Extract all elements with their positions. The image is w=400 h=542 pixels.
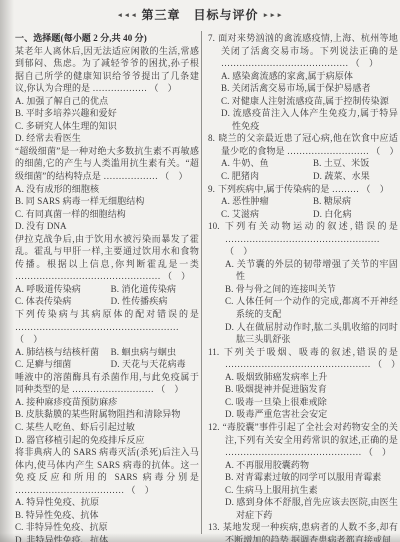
option-item: C. 有同真菌一样的细胞结构 [15,208,199,221]
left-question-list: 某老年人离休后,因无法适应闲散的生活,常感到郁闷、焦虑。为了减轻爷爷的困扰,孙子… [15,45,199,542]
option-item: B. 土豆、米饭 [313,157,398,170]
option-item: C. 对健康人注射流感疫苗,属于控制传染源 [221,95,398,108]
option-item: D. 经常去看医生 [15,132,199,145]
chapter-header: ◄◄◄ 第三章 目标与评价 ►►► [0,6,400,23]
option-item: D. 人在做屈肘动作时,肱二头肌收缩的同时肱三头肌舒张 [225,321,398,346]
question-number: 8. [208,133,215,143]
option-list: A. 肺结核与结核杆菌B. 蛔虫病与蛔虫C. 足癣与细菌D. 天花与天花病毒 [15,346,199,371]
question-number: 7. [208,33,215,43]
option-list: A. 恶性肿瘤B. 糖尿病C. 艾滋病D. 白化病 [208,195,398,220]
question-item: 11.下列关于吸烟、吸毒的叙述,错误的是 ………………………………………… （ … [208,346,398,421]
question-stem: 晓兰的父亲最近患了冠心病,他在饮食中应适量少吃的食物是 ……………………… （ … [218,133,399,156]
question-number: 12. [208,422,220,432]
option-item: D. 白化病 [313,208,398,221]
option-item: B. 骨与骨之间的连接叫关节 [225,283,398,296]
option-list: A. 特异性免疫、抗原B. 特异性免疫、抗体C. 非特异性免疫、抗原D. 非特异… [15,496,199,542]
option-item: D. 没有 DNA [15,220,199,233]
option-item: B. 特异性免疫、抗体 [15,509,199,522]
option-item: B. 平时多培养兴趣和爱好 [15,107,199,120]
question-number: 11. [208,347,219,357]
option-item: A. 没有成形的细胞核 [15,183,199,196]
option-item: D. 流感疫苗注入人体产生免疫力,属于特异性免疫 [221,107,398,132]
question-item: 伊拉克战争后,由于饮用水被污染而暴发了霍乱。霍乱与甲肝一样,主要通过饮用水和食物… [15,233,199,308]
option-list: A. 加强了解自己的优点B. 平时多培养兴趣和爱好C. 多研究人体生理的知识D.… [15,95,199,145]
question-item: 7.面对来势汹汹的禽流感疫情,上海、杭州等地关闭了活禽交易市场。下列说法正确的是… [208,32,398,132]
option-item: A. 接种麻疹疫苗预防麻疹 [15,396,199,409]
option-item: C. 某些人吃鱼、虾后引起过敏 [15,421,199,434]
left-column: 一、选择题(每小题 2 分,共 40 分) 某老年人离休后,因无法适应闲散的生活… [15,32,199,542]
question-item: 12.“毒胶囊”事件引起了全社会对药物安全的关注,下列有关安全用药常识的叙述,正… [208,421,398,521]
question-stem: “毒胶囊”事件引起了全社会对药物安全的关注,下列有关安全用药常识的叙述,正确的是… [223,422,398,457]
question-stem: “超级细菌”是一种对绝大多数抗生素不再敏感的细菌,它的产生与人类滥用抗生素有关。… [15,146,199,181]
question-stem: 伊拉克战争后,由于饮用水被污染而暴发了霍乱。霍乱与甲肝一样,主要通过饮用水和食物… [15,234,199,282]
option-list: A. 不再服用胶囊药物B. 对青霉素过敏的同学可以服用青霉素C. 生病马上服用抗… [208,459,398,522]
question-stem: 下列有关动物运动的叙述,错误的是 …………………………………………… （ ） [223,221,398,256]
option-list: A. 没有成形的细胞核B. 同 SARS 病毒一样无细胞结构C. 有同真菌一样的… [15,183,199,233]
option-item: B. 皮肤黏膜的某些附属物阻挡和清除异物 [15,408,199,421]
option-item: D. 器官移植引起的免疫排斥反应 [15,434,199,447]
question-stem: 下列疾病中,属于传染病的是 ……… （ ） [218,184,389,194]
option-list: A. 牛奶、鱼B. 土豆、米饭C. 肥猪肉D. 蔬菜、水果 [208,157,398,182]
option-item: B. 糖尿病 [313,195,398,208]
option-list: A. 关节囊的外层的韧带增强了关节的牢固性B. 骨与骨之间的连接叫关节C. 人体… [208,258,398,346]
option-list: A. 吸烟致肺癌发病率上升B. 吸烟提神并促进脑发育C. 吸毒一旦染上很难戒除D… [208,371,398,421]
question-stem: 下列关于吸烟、吸毒的叙述,错误的是 ………………………………………… （ ） [222,347,400,370]
option-item: B. 消化道传染病 [111,283,199,296]
question-item: 13.某地发现一种疾病,患病者的人数不多,却有不断增加的趋势,据调查患病者都直接… [208,521,398,542]
option-item: A. 肺结核与结核杆菌 [15,346,111,359]
question-stem: 面对来势汹汹的禽流感疫情,上海、杭州等地关闭了活禽交易市场。下列说法正确的是 …… [218,33,398,68]
option-item: C. 肥猪肉 [221,170,313,183]
question-item: 将非典病人的 SARS 病毒灭活(杀死)后注入马体内,使马体内产生 SARS 病… [15,446,199,542]
option-item: C. 人体任何一个动作的完成,都离不开神经系统的支配 [225,295,398,320]
option-item: B. 关闭活禽交易市场,属于保护易感者 [221,82,398,95]
option-item: A. 吸烟致肺癌发病率上升 [225,371,398,384]
option-item: B. 吸烟提神并促进脑发育 [225,383,398,396]
left-arrows-icon: ◄◄◄ [117,12,138,19]
option-item: A. 恶性肿瘤 [221,195,313,208]
question-item: 某老年人离休后,因无法适应闲散的生活,常感到郁闷、焦虑。为了减轻爷爷的困扰,孙子… [15,45,199,145]
option-item: D. 非特异性免疫、抗体 [15,534,199,542]
question-stem: 某老年人离休后,因无法适应闲散的生活,常感到郁闷、焦虑。为了减轻爷爷的困扰,孙子… [15,46,199,94]
option-item: C. 艾滋病 [221,208,313,221]
option-item: D. 性传播疾病 [111,295,199,308]
column-divider [201,31,202,534]
option-item: A. 不再服用胶囊药物 [225,459,398,472]
option-item: B. 对青霉素过敏的同学可以服用青霉素 [225,471,398,484]
option-item: A. 呼吸道传染病 [15,283,111,296]
question-stem: 将非典病人的 SARS 病毒灭活(杀死)后注入马体内,使马体内产生 SARS 病… [15,447,199,495]
option-list: A. 接种麻疹疫苗预防麻疹B. 皮肤黏膜的某些附属物阻挡和清除异物C. 某些人吃… [15,396,199,446]
option-list: A. 感染禽流感的家禽,属于病原体B. 关闭活禽交易市场,属于保护易感者C. 对… [208,70,398,133]
option-item: A. 关节囊的外层的韧带增强了关节的牢固性 [225,258,398,283]
question-number: 13. [208,522,220,532]
scan-shadow-left [0,0,14,542]
scanned-test-page: ◄◄◄ 第三章 目标与评价 ►►► 一、选择题(每小题 2 分,共 40 分) … [0,0,400,542]
question-number: 9. [208,184,215,194]
question-item: “超级细菌”是一种对绝大多数抗生素不再敏感的细菌,它的产生与人类滥用抗生素有关。… [15,145,199,233]
right-column: 7.面对来势汹汹的禽流感疫情,上海、杭州等地关闭了活禽交易市场。下列说法正确的是… [208,32,398,542]
question-item: 8.晓兰的父亲最近患了冠心病,他在饮食中应适量少吃的食物是 ……………………… … [208,132,398,182]
option-item: D. 吸毒严重危害社会安定 [225,408,398,421]
option-item: C. 非特异性免疫、抗原 [15,521,199,534]
option-item: C. 体表传染病 [15,295,111,308]
option-item: D. 感到身体不舒服,首先应该去医院,由医生对症下药 [225,496,398,521]
option-item: B. 蛔虫病与蛔虫 [111,346,199,359]
question-stem: 某地发现一种疾病,患病者的人数不多,却有不断增加的趋势,据调查患病者都直接或间 [223,522,398,542]
option-item: A. 加强了解自己的优点 [15,95,199,108]
right-question-list: 7.面对来势汹汹的禽流感疫情,上海、杭州等地关闭了活禽交易市场。下列说法正确的是… [208,32,398,542]
option-list: A. 呼吸道传染病B. 消化道传染病C. 体表传染病D. 性传播疾病 [15,283,199,308]
option-item: D. 天花与天花病毒 [111,358,199,371]
question-stem: 唾液中的溶菌酶具有杀菌作用,与此免疫属于同种类型的是 ……………………… （ ） [15,372,199,395]
option-item: C. 足癣与细菌 [15,358,111,371]
option-item: D. 蔬菜、水果 [313,170,398,183]
option-item: A. 牛奶、鱼 [221,157,313,170]
question-item: 唾液中的溶菌酶具有杀菌作用,与此免疫属于同种类型的是 ……………………… （ ）… [15,371,199,446]
option-item: C. 生病马上服用抗生素 [225,484,398,497]
question-stem: 下列传染病与其病原体的配对错误的是 ……………………………………………… （ ） [15,309,199,344]
question-number: 10. [208,221,220,231]
chapter-title: 第三章 目标与评价 [141,8,258,22]
question-item: 10.下列有关动物运动的叙述,错误的是 …………………………………………… （ … [208,220,398,345]
option-item: A. 特异性免疫、抗原 [15,496,199,509]
question-item: 9.下列疾病中,属于传染病的是 ……… （ ）A. 恶性肿瘤B. 糖尿病C. 艾… [208,183,398,221]
question-item: 下列传染病与其病原体的配对错误的是 ……………………………………………… （ ）… [15,308,199,371]
option-item: C. 吸毒一旦染上很难戒除 [225,396,398,409]
section-heading: 一、选择题(每小题 2 分,共 40 分) [15,32,199,45]
option-item: B. 同 SARS 病毒一样无细胞结构 [15,195,199,208]
option-item: C. 多研究人体生理的知识 [15,120,199,133]
right-arrows-icon: ►►► [263,12,284,19]
option-item: A. 感染禽流感的家禽,属于病原体 [221,70,398,83]
